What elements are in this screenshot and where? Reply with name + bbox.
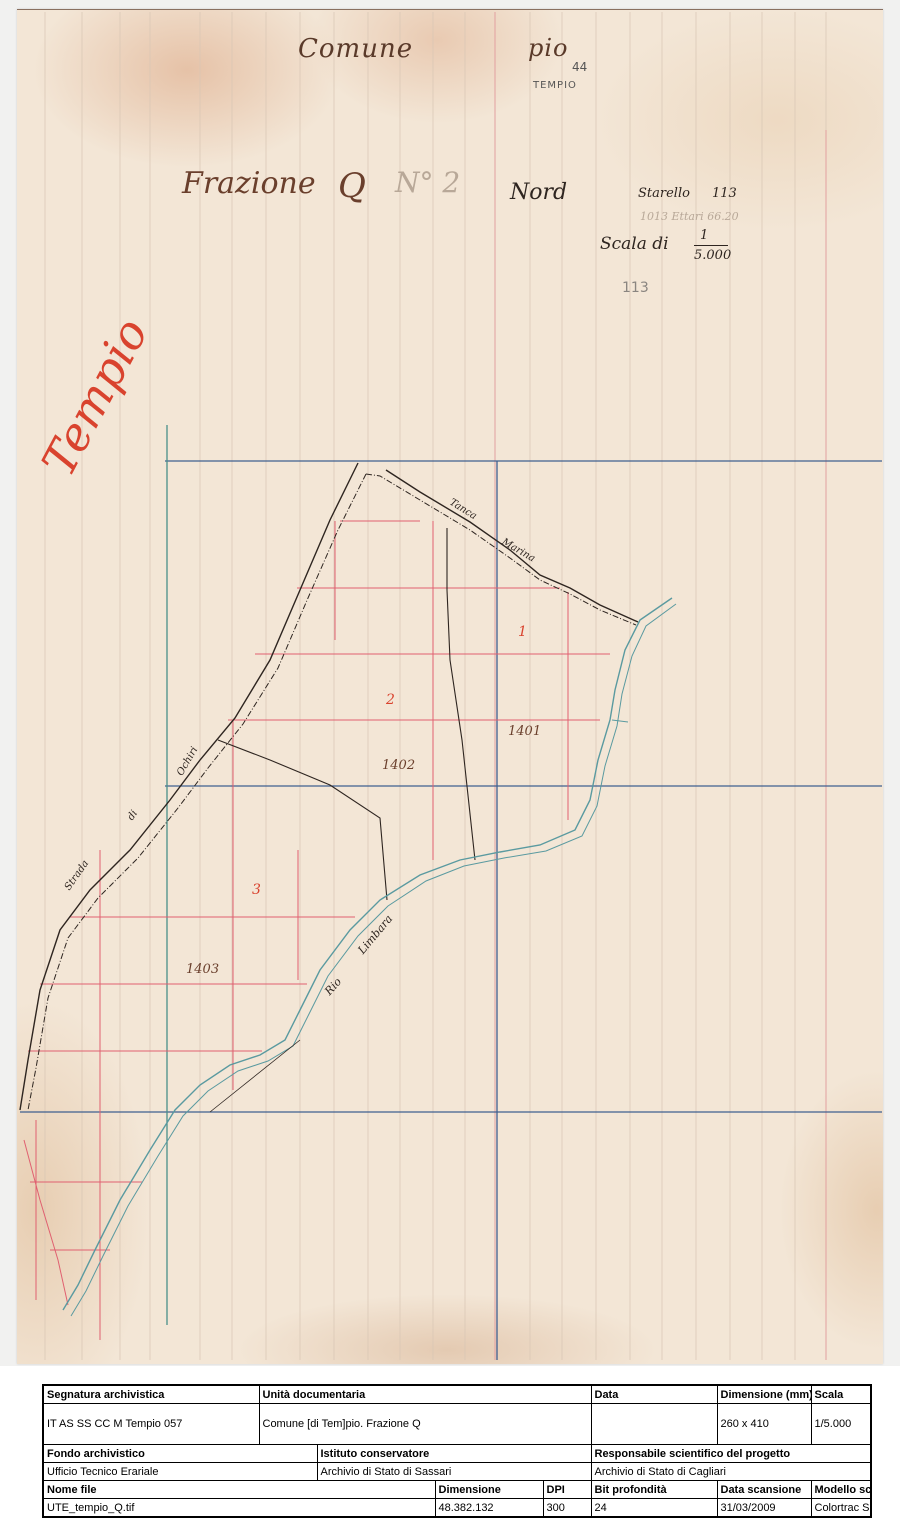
value-data-scansione: 31/03/2009 [717,1499,811,1518]
header-data: Data [591,1385,717,1404]
value-dimensione-mm: 260 x 410 [717,1404,811,1445]
faint-area-note: 1013 Ettari 66.20 [640,210,739,223]
scale-fraction-bar [694,245,728,246]
pencil-municipality-name: TEMPIO [533,80,577,91]
header-istituto: Istituto conservatore [317,1445,591,1463]
cadastral-map-drawing [0,0,900,1366]
value-fondo: Ufficio Tecnico Erariale [43,1463,317,1481]
pencil-sheet-number: 113 [622,280,649,296]
parcel-2-number: 2 [386,692,395,708]
parcel-1-cadastral-id: 1401 [508,724,541,739]
parcel-boundaries [218,528,475,900]
value-bit-profondita: 24 [591,1499,717,1518]
scale-numerator: 1 [700,228,708,243]
faint-erased-text: N° 2 [395,166,460,199]
value-dpi: 300 [543,1499,591,1518]
sheet-grid-blue [20,461,882,1360]
header-modello-scanner: Modello scanner [811,1481,871,1499]
river-rio-limbara [63,598,676,1316]
header-dpi: DPI [543,1481,591,1499]
header-data-scansione: Data scansione [717,1481,811,1499]
comune-suffix: pio [528,34,569,62]
scale-denominator: 5.000 [694,248,731,263]
frazione-letter: Q [338,166,366,206]
value-segnatura: IT AS SS CC M Tempio 057 [43,1404,259,1445]
header-dimensione-mm: Dimensione (mm) bxh [717,1385,811,1404]
header-responsabile: Responsabile scientifico del progetto [591,1445,871,1463]
value-responsabile: Archivio di Stato di Cagliari [591,1463,871,1481]
value-nome-file: UTE_tempio_Q.tif [43,1499,435,1518]
parcel-1-number: 1 [518,624,527,640]
header-scala: Scala [811,1385,871,1404]
sheet-number: 113 [712,186,737,201]
header-bit-profondita: Bit profondità [591,1481,717,1499]
value-istituto: Archivio di Stato di Sassari [317,1463,591,1481]
value-modello-scanner: Colortrac SmartIf Cx40 [811,1499,871,1518]
value-unita-documentaria: Comune [di Tem]pio. Frazione Q [259,1404,591,1445]
comune-heading: Comune [298,34,413,64]
value-scala: 1/5.000 [811,1404,871,1445]
header-fondo: Fondo archivistico [43,1445,317,1463]
header-dimensione: Dimensione [435,1481,543,1499]
frazione-label: Frazione [182,166,316,201]
value-data [591,1404,717,1445]
orientation-label: Nord [510,180,567,205]
parcel-3-cadastral-id: 1403 [186,962,219,977]
sheet-label: Starello [638,186,690,201]
header-unita-documentaria: Unità documentaria [259,1385,591,1404]
parcel-3-number: 3 [252,882,261,898]
archival-metadata-table: Segnatura archivistica Unità documentari… [42,1384,872,1518]
pencil-number: 44 [572,60,587,74]
header-nome-file: Nome file [43,1481,435,1499]
header-segnatura: Segnatura archivistica [43,1385,259,1404]
value-dimensione: 48.382.132 [435,1499,543,1518]
parcel-2-cadastral-id: 1402 [382,758,415,773]
scale-label: Scala di [600,234,669,254]
